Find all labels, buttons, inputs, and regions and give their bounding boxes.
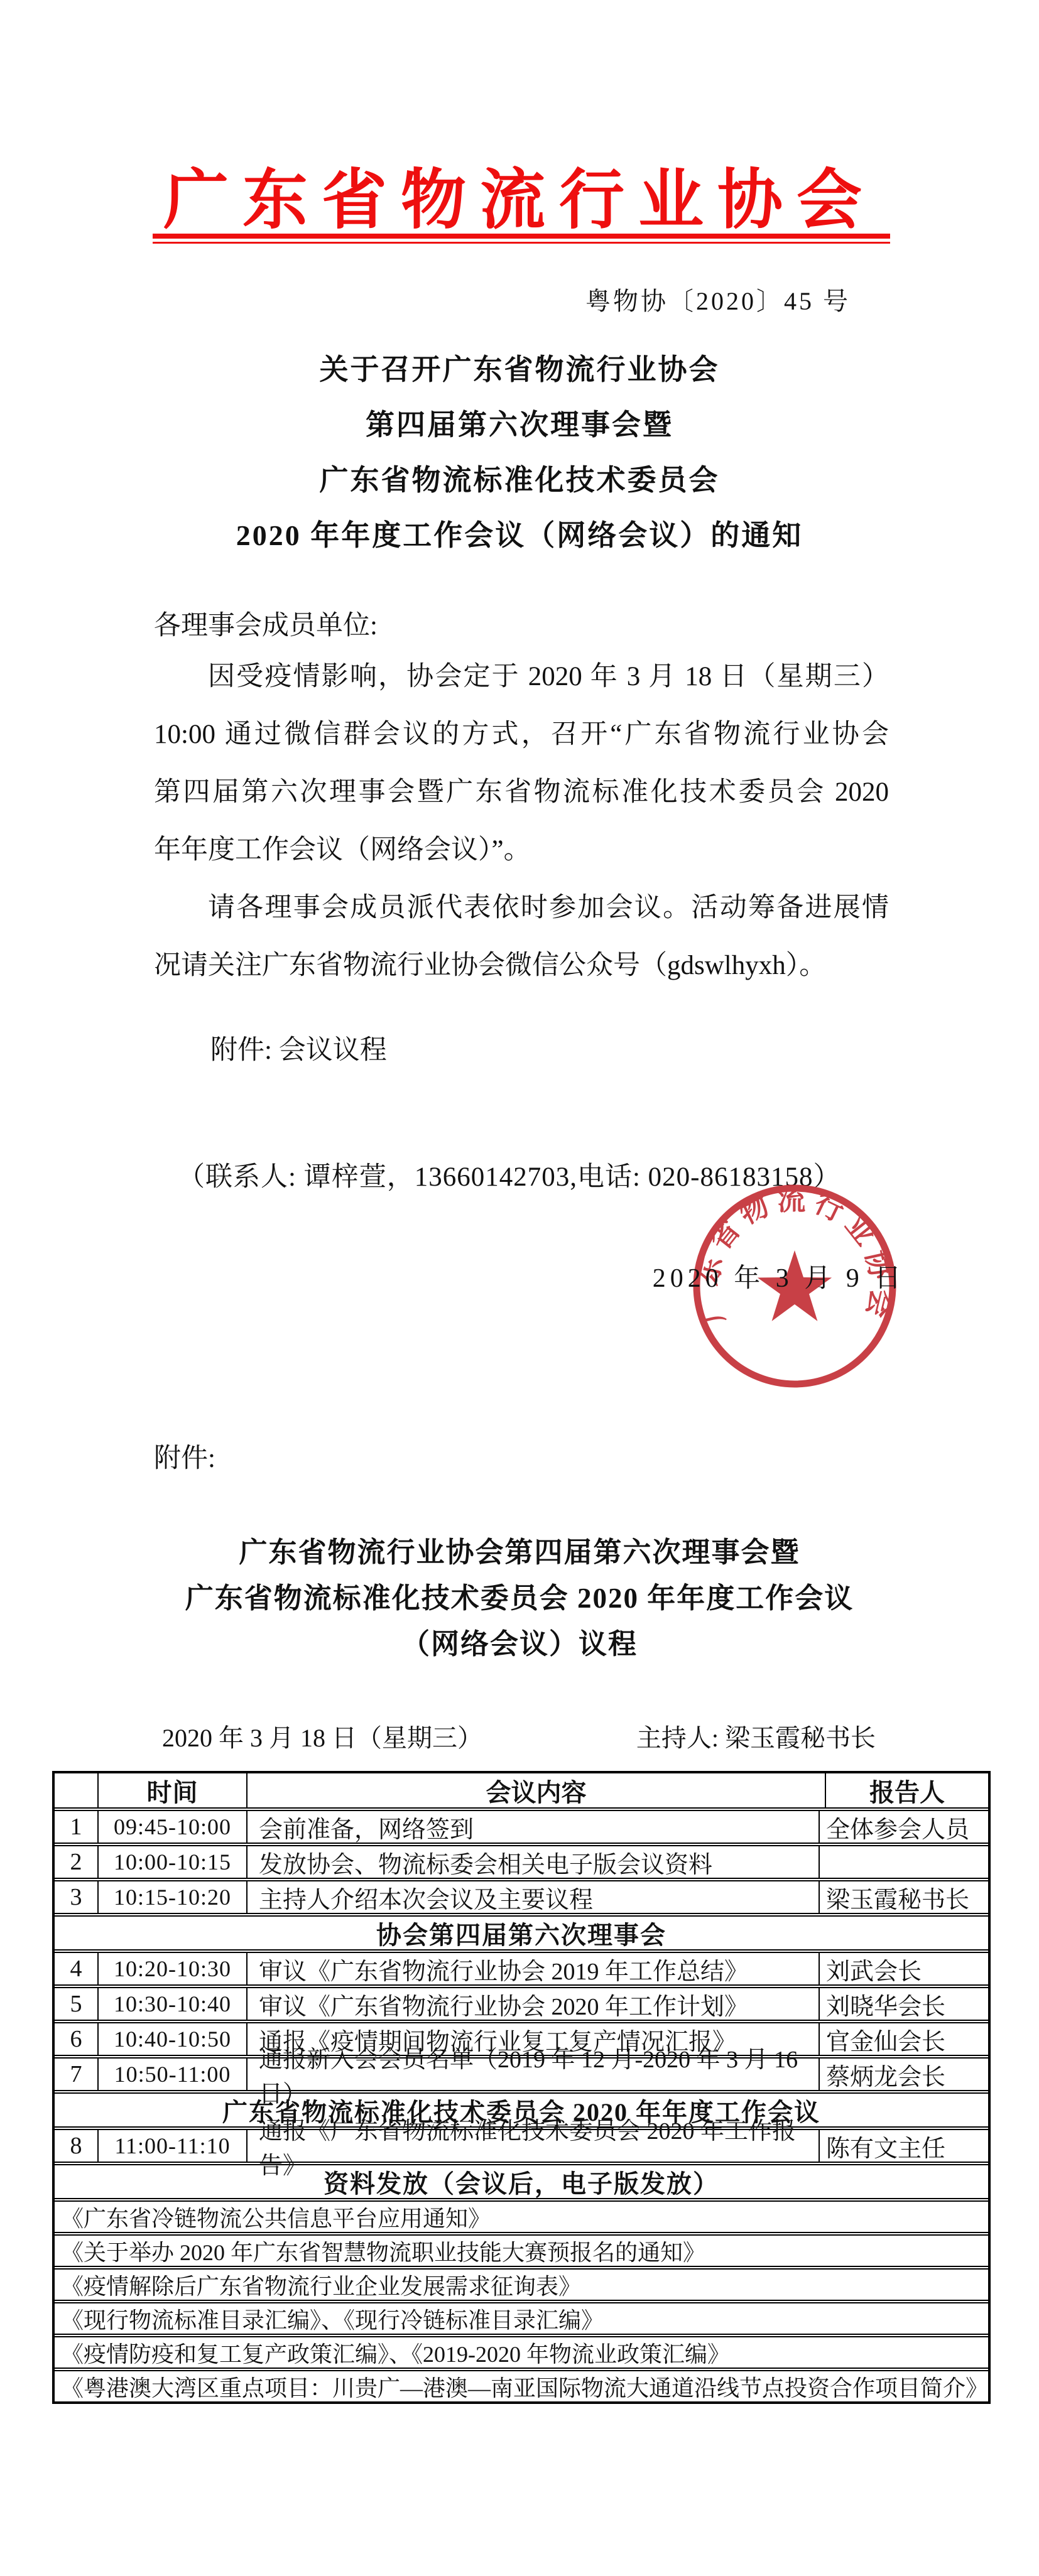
cell-content: 发放协会、物流标委会相关电子版会议资料 xyxy=(248,1846,820,1878)
table-row: 510:30-10:40审议《广东省物流行业协会 2020 年工作计划》刘晓华会… xyxy=(55,1984,988,2020)
agenda-title-line: 广东省物流行业协会第四届第六次理事会暨 xyxy=(0,1530,1039,1576)
cell-time: 10:00-10:15 xyxy=(99,1846,248,1878)
attachment-label: 附件: xyxy=(154,1437,215,1475)
notice-title: 关于召开广东省物流行业协会第四届第六次理事会暨广东省物流标准化技术委员会2020… xyxy=(0,342,1039,563)
cell-content: 主持人介绍本次会议及主要议程 xyxy=(248,1881,820,1913)
notice-title-line: 广东省物流标准化技术委员会 xyxy=(0,453,1039,508)
body-line: 因受疫情影响，协会定于 2020 年 3 月 18 日（星期三） xyxy=(154,648,889,706)
table-section-row: 协会第四届第六次理事会 xyxy=(55,1913,988,1949)
agenda-title-line: （网络会议）议程 xyxy=(0,1621,1039,1667)
agenda-table: 时间 会议内容 报告人 109:45-10:00会前准备，网络签到全体参会人员2… xyxy=(52,1771,991,2404)
header-cell-content: 会议内容 xyxy=(248,1773,826,1807)
cell-time: 11:00-11:10 xyxy=(99,2130,248,2162)
document-page: 广东省物流行业协会 粤物协〔2020〕45 号 关于召开广东省物流行业协会第四届… xyxy=(0,0,1039,2576)
cell-index: 5 xyxy=(55,1988,99,2020)
divider-thick-line xyxy=(153,234,890,239)
table-row: 410:20-10:30审议《广东省物流行业协会 2019 年工作总结》刘武会长 xyxy=(55,1949,988,1984)
cell-content: 审议《广东省物流行业协会 2019 年工作总结》 xyxy=(248,1953,820,1984)
cell-reporter: 陈有文主任 xyxy=(820,2130,988,2162)
cell-time: 10:15-10:20 xyxy=(99,1881,248,1913)
notice-title-line: 第四届第六次理事会暨 xyxy=(0,398,1039,453)
schedule-meta: 2020 年 3 月 18 日（星期三） 主持人: 梁玉霞秘书长 xyxy=(162,1718,876,1754)
salutation: 各理事会成员单位: xyxy=(154,604,378,642)
cell-reporter: 全体参会人员 xyxy=(820,1811,988,1843)
cell-reporter: 刘武会长 xyxy=(820,1953,988,1984)
agenda-title-line: 广东省物流标准化技术委员会 2020 年年度工作会议 xyxy=(0,1576,1039,1621)
cell-time: 10:40-10:50 xyxy=(99,2023,248,2055)
notice-title-line: 关于召开广东省物流行业协会 xyxy=(0,342,1039,398)
cell-index: 1 xyxy=(55,1811,99,1843)
cell-index: 2 xyxy=(55,1846,99,1878)
table-row: 109:45-10:00会前准备，网络签到全体参会人员 xyxy=(55,1807,988,1843)
cell-content: 会前准备，网络签到 xyxy=(248,1811,820,1843)
document-number: 粤物协〔2020〕45 号 xyxy=(585,281,851,317)
table-material-row: 《粤港澳大湾区重点项目：川贵广—港澳—南亚国际物流大通道沿线节点投资合作项目简介… xyxy=(55,2368,988,2401)
cell-reporter xyxy=(820,1846,988,1878)
table-header-row: 时间 会议内容 报告人 xyxy=(55,1773,988,1807)
table-row: 710:50-11:00通报新入会会员名单（2019 年 12 月-2020 年… xyxy=(55,2055,988,2090)
table-material-row: 《疫情防疫和复工复产政策汇编》、《2019-2020 年物流业政策汇编》 xyxy=(55,2334,988,2368)
cell-time: 10:20-10:30 xyxy=(99,1953,248,1984)
cell-reporter: 梁玉霞秘书长 xyxy=(820,1881,988,1913)
table-row: 210:00-10:15发放协会、物流标委会相关电子版会议资料 xyxy=(55,1843,988,1878)
body-line: 年年度工作会议（网络会议）”。 xyxy=(154,821,889,879)
table-material-row: 《广东省冷链物流公共信息平台应用通知》 xyxy=(55,2198,988,2232)
cell-index: 4 xyxy=(55,1953,99,1984)
notice-title-line: 2020 年年度工作会议（网络会议）的通知 xyxy=(0,508,1039,563)
attachment-note: 附件: 会议议程 xyxy=(210,1029,387,1067)
header-cell-time: 时间 xyxy=(99,1773,248,1807)
cell-index: 6 xyxy=(55,2023,99,2055)
cell-index: 7 xyxy=(55,2059,99,2090)
header-cell-reporter: 报告人 xyxy=(826,1773,988,1807)
body-line: 请各理事会成员派代表依时参加会议。活动筹备进展情 xyxy=(154,879,889,937)
table-material-row: 《关于举办 2020 年广东省智慧物流职业技能大赛预报名的通知》 xyxy=(55,2232,988,2266)
cell-index: 8 xyxy=(55,2130,99,2162)
body-paragraphs: 因受疫情影响，协会定于 2020 年 3 月 18 日（星期三）10:00 通过… xyxy=(154,648,889,995)
table-row: 310:15-10:20主持人介绍本次会议及主要议程梁玉霞秘书长 xyxy=(55,1878,988,1913)
cell-time: 09:45-10:00 xyxy=(99,1811,248,1843)
table-material-row: 《现行物流标准目录汇编》、《现行冷链标准目录汇编》 xyxy=(55,2300,988,2334)
body-line: 10:00 通过微信群会议的方式，召开“广东省物流行业协会 xyxy=(154,706,889,764)
issue-date: 2020 年 3 月 9 日 xyxy=(647,1257,911,1295)
letterhead-divider xyxy=(153,234,890,244)
cell-index: 3 xyxy=(55,1881,99,1913)
divider-thin-line xyxy=(153,242,890,244)
body-line: 况请关注广东省物流行业协会微信公众号（gdswlhyxh）。 xyxy=(154,937,889,995)
meeting-date: 2020 年 3 月 18 日（星期三） xyxy=(162,1718,482,1754)
header-cell-index xyxy=(55,1773,99,1807)
cell-content: 通报《广东省物流标准化技术委员会 2020 年工作报告》 xyxy=(248,2130,820,2162)
table-section-row: 资料发放（会议后，电子版发放） xyxy=(55,2162,988,2198)
cell-time: 10:50-11:00 xyxy=(99,2059,248,2090)
cell-reporter: 官金仙会长 xyxy=(820,2023,988,2055)
cell-content: 通报新入会会员名单（2019 年 12 月-2020 年 3 月 16 日） xyxy=(248,2059,820,2090)
table-material-row: 《疫情解除后广东省物流行业企业发展需求征询表》 xyxy=(55,2266,988,2300)
org-letterhead-title: 广东省物流行业协会 xyxy=(0,147,1039,241)
cell-reporter: 蔡炳龙会长 xyxy=(820,2059,988,2090)
meeting-host: 主持人: 梁玉霞秘书长 xyxy=(636,1718,876,1754)
cell-reporter: 刘晓华会长 xyxy=(820,1988,988,2020)
table-row: 811:00-11:10通报《广东省物流标准化技术委员会 2020 年工作报告》… xyxy=(55,2126,988,2162)
agenda-title: 广东省物流行业协会第四届第六次理事会暨广东省物流标准化技术委员会 2020 年年… xyxy=(0,1530,1039,1667)
body-line: 第四届第六次理事会暨广东省物流标准化技术委员会 2020 xyxy=(154,764,889,821)
cell-time: 10:30-10:40 xyxy=(99,1988,248,2020)
cell-content: 审议《广东省物流行业协会 2020 年工作计划》 xyxy=(248,1988,820,2020)
